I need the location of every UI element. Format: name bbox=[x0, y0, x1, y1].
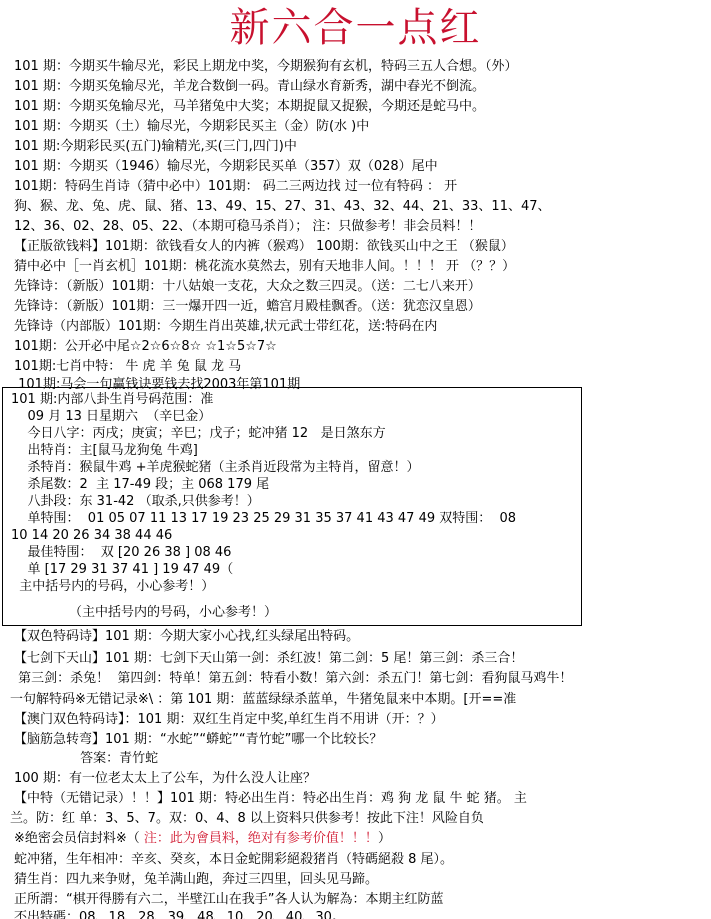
text-line: 101 期：今期买兔输尽光，马羊猪兔中大奖；本期捉鼠又捉猴，今期还是蛇马中。 bbox=[14, 98, 485, 116]
box-line: 杀特肖：猴鼠牛鸡 +羊虎猴蛇猪（主杀肖近段常为主特肖，留意！） bbox=[11, 459, 420, 476]
box-line: 09 月 13 日星期六 （辛巳金） bbox=[11, 408, 211, 425]
text-line: 猜生肖：四九来争财，兔羊满山跑，奔过三四里，回头见马蹄。 bbox=[14, 871, 378, 889]
text-line: 101期：公开必中尾☆2☆6☆8☆ ☆1☆5☆7☆ bbox=[14, 338, 277, 356]
text-line: 100 期：有一位老太太上了公车，为什么没人让座？ bbox=[14, 770, 316, 788]
text-line: 【七剑下天山】101 期：七剑下天山第一剑：杀红波！第二剑：5 尾！第三剑：杀三… bbox=[14, 650, 523, 668]
box-line: 今日八字：丙戌；庚寅；辛巳；戊子；蛇冲猪 12 是日煞东方 bbox=[11, 425, 386, 442]
box-line: 单 [17 29 31 37 41 ] 19 47 49（ bbox=[11, 561, 233, 578]
box-line: 最佳特围： 双 [20 26 38 ] 08 46 bbox=[11, 544, 231, 561]
text-line: 正所謂：“棋开得勝有六二，半壁江山在我手”各人认为解為：本期主红防蓝 bbox=[14, 891, 443, 909]
text-line: 101 期：今期买（1946）输尽光，今期彩民买单（357）双（028）尾中 bbox=[14, 158, 438, 176]
box-line: 杀尾数：2 主 17-49 段；主 068 179 尾 bbox=[11, 476, 269, 493]
text-line: 先锋诗：（新版）101期：三一爆开四一近，蟾宫月殿桂飘香。（送：犹恋汉皇恩） bbox=[14, 298, 481, 316]
text-line: 【双色特码诗】101 期：今期大家小心找,红头绿尾出特码。 bbox=[14, 628, 359, 646]
text-line: 蛇冲猪，生年相冲：辛亥、癸亥，本日金蛇開彩絕殺猪肖（特碼絕殺 8 尾）。 bbox=[14, 851, 453, 869]
text-line: 【澳门双色特码诗】：101 期：双红生肖定中奖,单红生肖不用讲（开：？） bbox=[14, 711, 444, 729]
text-line: 【中特（无错记录）！！】101 期：特必出生肖：特必出生肖：鸡 狗 龙 鼠 牛 … bbox=[14, 790, 527, 808]
text-line: 兰。防：红 单：3、5、7。双：0、4、8 以上资料只供参考！按此下注！风险自负 bbox=[10, 810, 484, 828]
page-title: 新六合一点红 bbox=[0, 2, 711, 54]
text-line: 12、36、02、28、05、22、（本期可稳马杀肖）； 注：只做参考！非会员料… bbox=[14, 218, 481, 236]
text-line: 猜中必中［一肖玄机］101期：桃花流水莫然去，别有天地非人间。！！！ 开 （？？… bbox=[14, 258, 515, 276]
box-line: 101 期:内部八卦生肖号码范围：准 bbox=[11, 391, 213, 408]
text-line: 先锋诗：（新版）101期：十八姑娘一支花，大众之数三四灵。（送：二七八来开） bbox=[14, 278, 481, 296]
text-line: 先锋诗（内部版）101期：今期生肖出英雄,状元武士带红花，送:特码在内 bbox=[14, 318, 437, 336]
vip-prefix: ※绝密会员信封料※（ bbox=[14, 831, 140, 846]
vip-note: 注：此为會員料，绝对有参考价值！！！ bbox=[140, 831, 378, 846]
box-line: 10 14 20 26 34 38 44 46 bbox=[11, 527, 172, 544]
text-line: 答案：青竹蛇 bbox=[14, 750, 158, 768]
box-line: 八卦段：东 31-42 （取杀,只供参考！） bbox=[11, 493, 260, 510]
bagua-box: 101 期:内部八卦生肖号码范围：准 09 月 13 日星期六 （辛巳金） 今日… bbox=[2, 387, 582, 626]
text-line: 【正版欲钱料】101期：欲钱看女人的内裤（猴鸡） 100期：欲钱买山中之王 （猴… bbox=[14, 238, 514, 256]
text-line: 不出特碼：08、18、28、39、48、10、20、40、30。 bbox=[14, 909, 345, 919]
text-line: 第三剑：杀兔！ 第四剑：特单！第五剑：特看小数！第六剑：杀五门！第七剑：看狗鼠马… bbox=[14, 670, 572, 688]
text-line: 狗、猴、龙、兔、虎、鼠、猪、13、49、15、27、31、43、32、44、21… bbox=[14, 198, 551, 216]
vip-line: ※绝密会员信封料※（ 注：此为會員料，绝对有参考价值！！！） bbox=[14, 830, 391, 848]
box-line: 主中括号内的号码，小心参考！） bbox=[11, 578, 214, 595]
text-line: 101 期:今期彩民买(五门)输精光,买(三门,四门)中 bbox=[14, 138, 297, 156]
box-footer: （主中括号内的号码，小心参考！） bbox=[69, 604, 277, 621]
text-line: 一句解特码※无错记录※\ ：第 101 期：蓝蓝绿绿杀蓝单，牛猪兔鼠来中本期。[… bbox=[10, 691, 516, 709]
box-line: 出特肖：主[鼠马龙狗兔 牛鸡] bbox=[11, 442, 198, 459]
vip-suffix: ） bbox=[378, 831, 391, 846]
box-line: 单特围： 01 05 07 11 13 17 19 23 25 29 31 35… bbox=[11, 510, 516, 527]
text-line: 101 期：今期买（土）输尽光，今期彩民买主（金）防(水 )中 bbox=[14, 118, 369, 136]
text-line: 【脑筋急转弯】101 期：“水蛇”“蟒蛇”“青竹蛇”哪一个比较长？ bbox=[14, 731, 382, 749]
text-line: 101期：特码生肖诗（猜中必中）101期： 码二三两边找 过一位有特码 ： 开 bbox=[14, 178, 457, 196]
text-line: 101 期：今期买兔输尽光，羊龙合数倒一码。青山绿水育新秀，湖中春光不倒流。 bbox=[14, 78, 485, 96]
text-line: 101 期：今期买牛输尽光，彩民上期龙中奖，今期猴狗有玄机，特码三五人合想。（外… bbox=[14, 58, 517, 76]
text-line: 101期:七肖中特： 牛 虎 羊 兔 鼠 龙 马 bbox=[14, 358, 241, 376]
